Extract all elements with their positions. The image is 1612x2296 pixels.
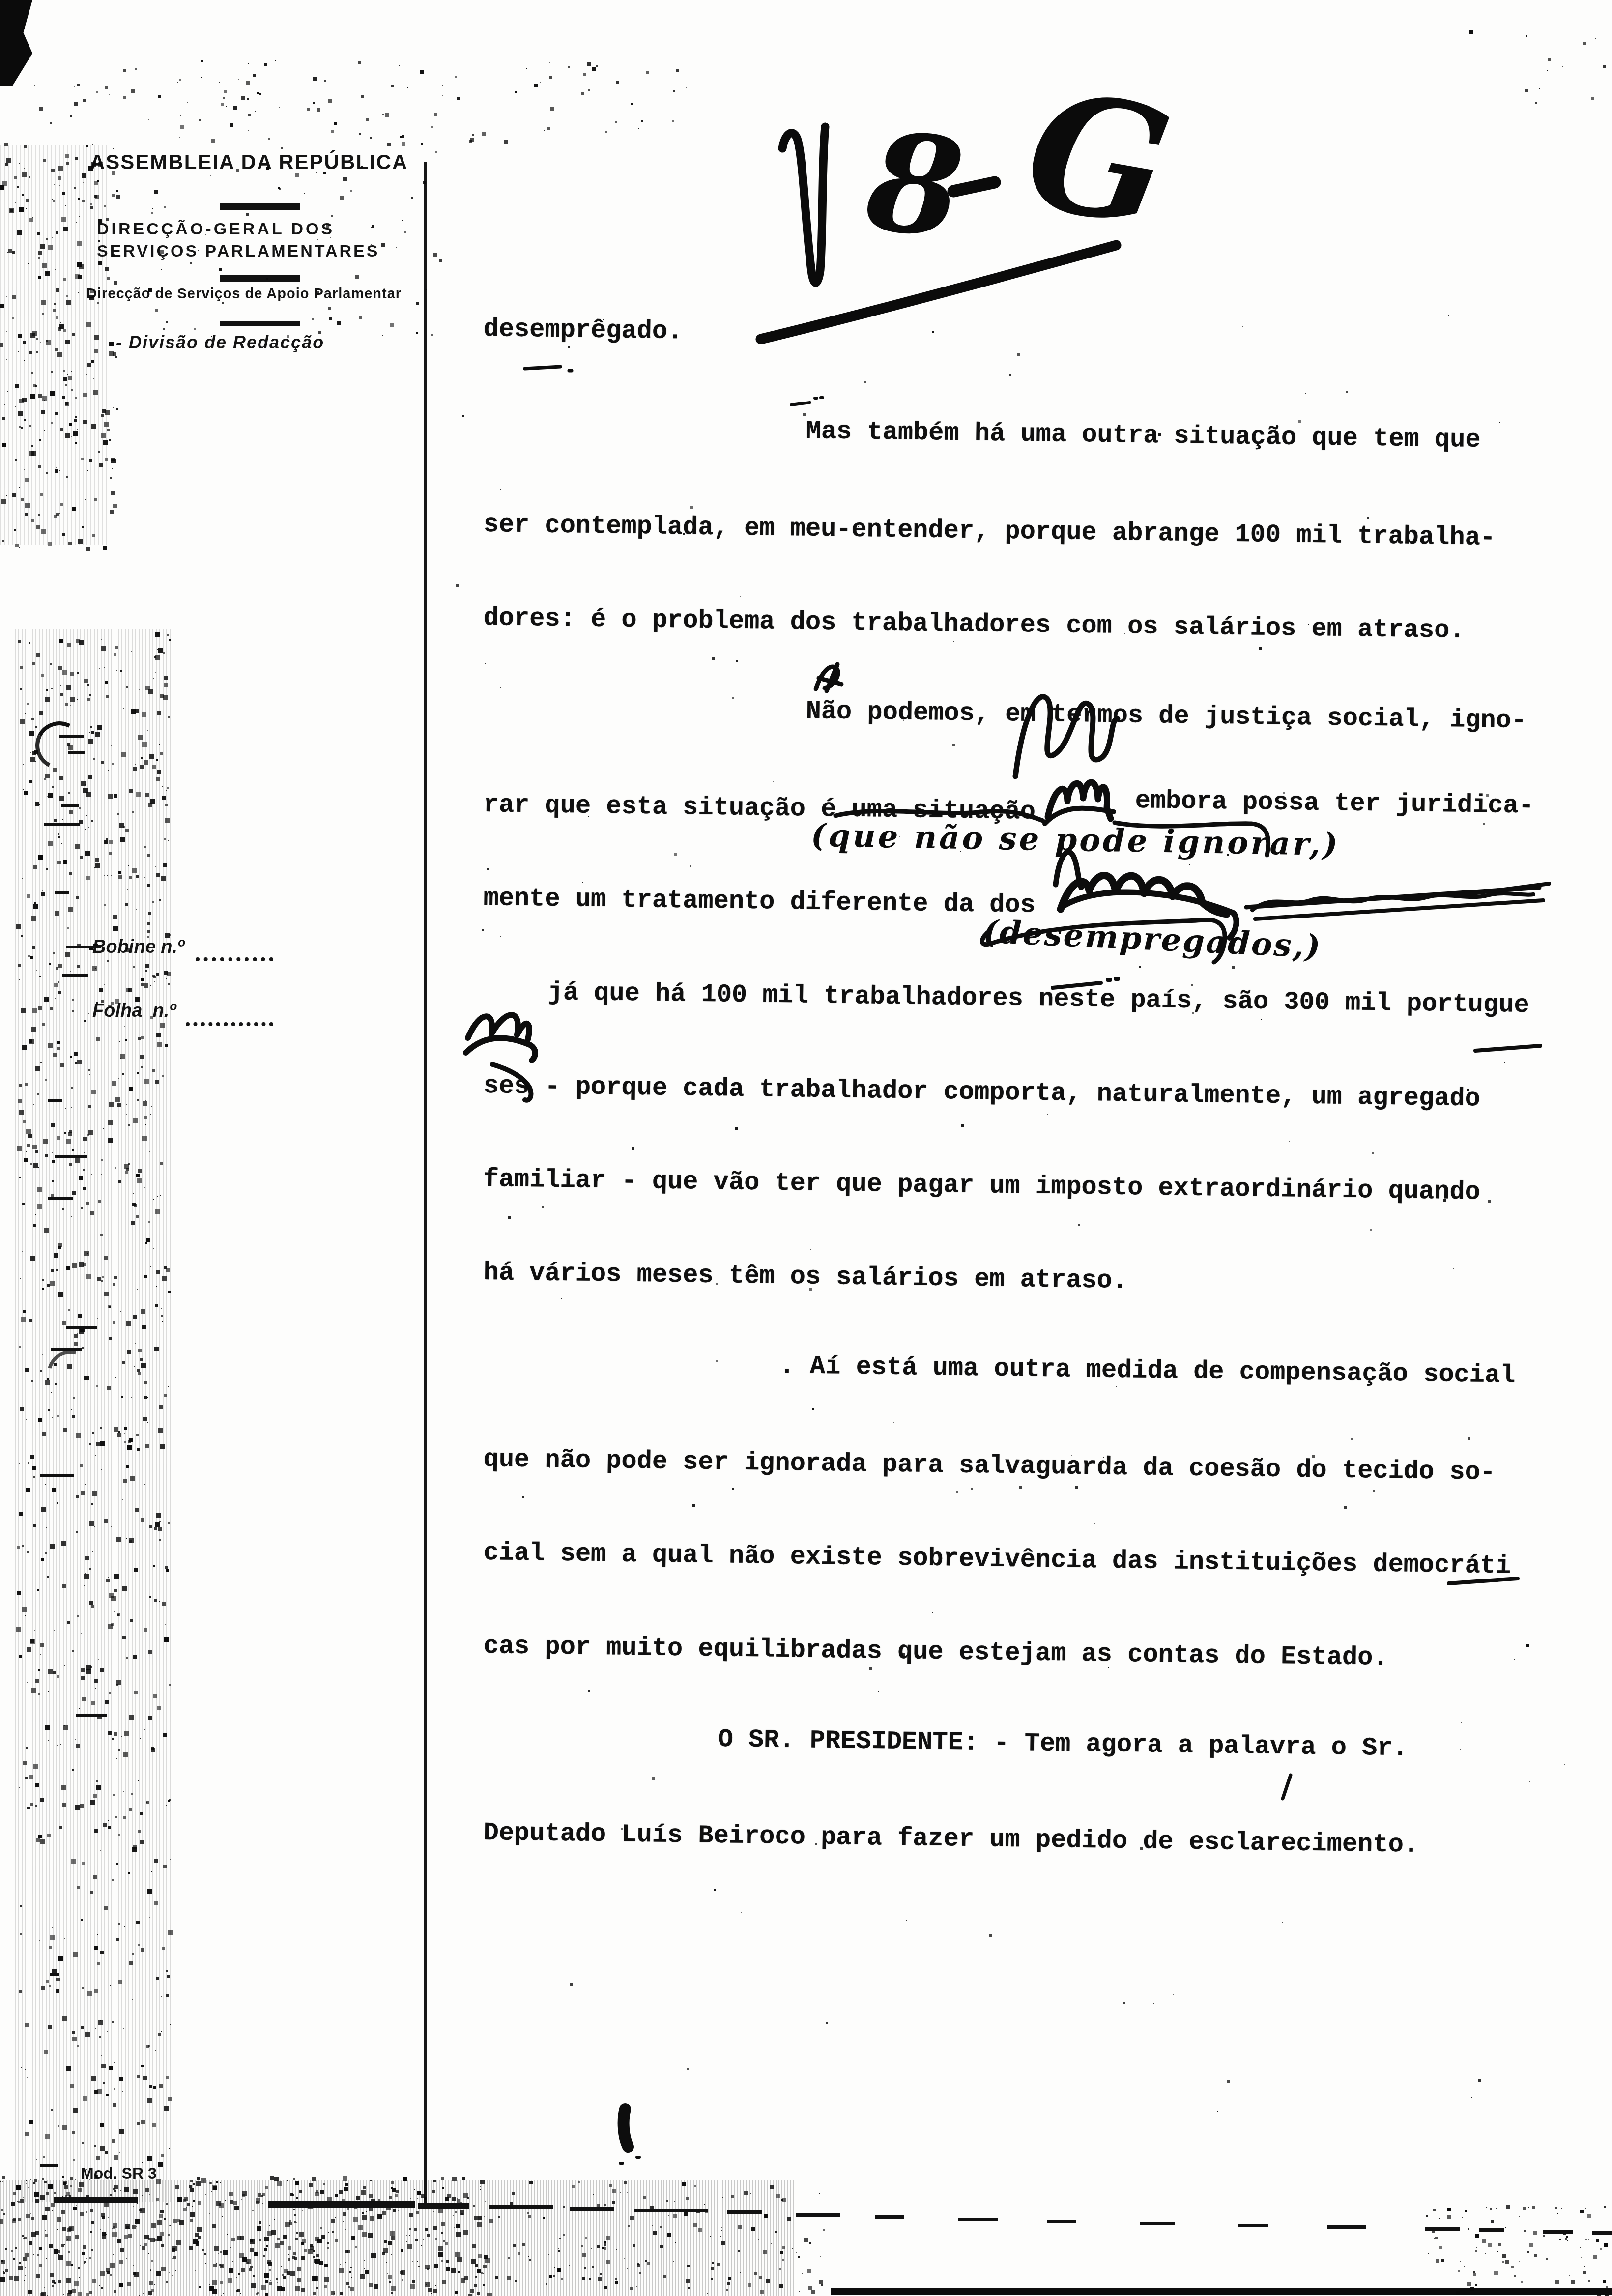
letterhead-divider bbox=[220, 275, 300, 282]
typed-line: embora possa ter juridica- bbox=[1135, 786, 1534, 821]
letterhead-direccao-geral-line2: SERVIÇOS PARLAMENTARES bbox=[97, 242, 379, 261]
stamp-letter: G bbox=[1014, 53, 1183, 265]
typed-line: desemprêgado. bbox=[483, 315, 683, 346]
margin-vertical-rule bbox=[424, 162, 427, 2206]
scan-corner-artifact bbox=[0, 0, 32, 86]
typed-line: dores: é o problema dos trabalhadores co… bbox=[483, 603, 1465, 645]
scanned-document-page: 8 G ASSEMBLEIA DA REPÚBLICA DIRECÇÃO-GER… bbox=[0, 0, 1612, 2296]
letterhead-direccao-geral-line1: DIRECÇÃO-GERAL DOS bbox=[97, 220, 335, 239]
letterhead-divisao-redaccao: - Divisão de Redacção bbox=[116, 332, 324, 353]
typed-line: ses - porque cada trabalhador comporta, … bbox=[483, 1071, 1480, 1114]
typed-line: que não pode ser ignorada para salvaguar… bbox=[483, 1445, 1496, 1487]
stamp-underline bbox=[761, 245, 1116, 339]
stamp-number: 8 bbox=[858, 101, 970, 269]
letterhead-divider bbox=[220, 321, 300, 326]
punch-hole bbox=[29, 715, 89, 775]
bobine-number-label: Bobine n.º bbox=[92, 937, 184, 958]
scan-noise-band bbox=[0, 145, 108, 545]
folha-number-label: Folha n.º bbox=[92, 1001, 176, 1022]
letterhead-divider bbox=[220, 203, 300, 210]
check-mark-stroke bbox=[782, 127, 825, 283]
handwritten-insertion: (desempregados,) bbox=[982, 913, 1323, 965]
typed-line: . Aí está uma outra medida de compensaçã… bbox=[779, 1351, 1515, 1390]
typed-line: há vários meses têm os salários em atras… bbox=[483, 1258, 1127, 1295]
scan-noise-band bbox=[15, 629, 172, 2202]
typed-line: familiar - que vão ter que pagar um impo… bbox=[483, 1165, 1480, 1207]
stamp-dash bbox=[953, 182, 995, 191]
typed-line: O SR. PRESIDENTE: - Tem agora a palavra … bbox=[718, 1725, 1408, 1763]
letterhead-direccao-servicos: Direcção de Serviços de Apoio Parlamenta… bbox=[86, 286, 402, 302]
typed-line: já que há 100 mil trabalhadores neste pa… bbox=[547, 978, 1529, 1020]
bobine-number-blank-line bbox=[196, 957, 273, 961]
scan-bottom-edge-bar bbox=[831, 2288, 1612, 2295]
folha-number-blank-line bbox=[186, 1022, 273, 1026]
letterhead-institution: ASSEMBLEIA DA REPÚBLICA bbox=[90, 150, 408, 174]
typed-line: mente um tratamento diferente da dos bbox=[483, 884, 1036, 920]
typed-line: Deputado Luís Beiroco para fazer um pedi… bbox=[483, 1818, 1419, 1860]
form-model-label: Mod. SR 3 bbox=[81, 2164, 157, 2182]
handwritten-insertion: (que não se pode ignorar,) bbox=[810, 817, 1340, 863]
scan-speck bbox=[1469, 30, 1473, 34]
typed-line: Não podemos, em termos de justiça social… bbox=[806, 697, 1526, 735]
punch-hole bbox=[39, 1342, 102, 1405]
typed-line: cas por muito equilibradas que estejam a… bbox=[483, 1632, 1388, 1672]
typed-line: cial sem a qual não existe sobrevivência… bbox=[483, 1538, 1511, 1580]
typed-line: Mas também há uma outra situação que tem… bbox=[806, 417, 1481, 455]
typed-line: ser contemplada, em meu-entender, porque… bbox=[483, 510, 1496, 552]
